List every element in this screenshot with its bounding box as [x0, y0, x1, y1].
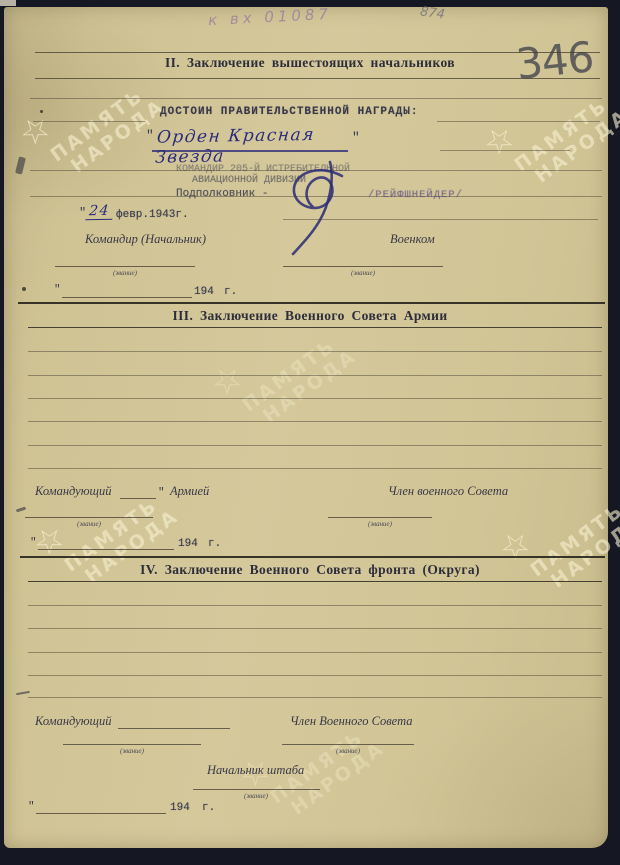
rank-hint: (звание): [318, 747, 378, 755]
quote-mark: ": [28, 801, 35, 813]
section4-title: IV. Заключение Военного Совета фронта (О…: [0, 562, 620, 578]
scan-edge-artifact: [0, 0, 16, 6]
rule-line: [437, 121, 600, 122]
chief-of-staff-label: Начальник штаба: [207, 763, 304, 778]
rank-signature-line: [63, 744, 201, 745]
rank-hint: (звание): [59, 520, 119, 528]
rule-line: [28, 628, 602, 629]
quote-mark: ": [54, 284, 61, 296]
rank-hint: (звание): [226, 792, 286, 800]
date-blank-line: [62, 297, 192, 298]
commander-rank-line: Подполковник -: [176, 188, 268, 200]
rule-line: [33, 121, 145, 122]
rank-signature-line: [193, 789, 320, 790]
army-label: Армией: [170, 484, 209, 499]
commissar-role-label: Военком: [390, 232, 435, 247]
army-commander-label: Командующий: [35, 484, 111, 499]
year-suffix: г.: [202, 802, 215, 814]
section3-title: III. Заключение Военного Совета Армии: [0, 308, 620, 324]
rule-line: [28, 375, 602, 376]
rank-hint: (звание): [102, 747, 162, 755]
front-commander-label: Командующий: [35, 714, 111, 729]
rule-line: [28, 605, 602, 606]
year-suffix: г.: [224, 286, 237, 298]
rule-line: [28, 327, 602, 328]
rule-line: [28, 398, 602, 399]
date-blank-line: [38, 549, 174, 550]
rule-line: [35, 78, 600, 79]
military-council-member-label: Член военного Совета: [388, 484, 508, 499]
rank-signature-line: [283, 266, 443, 267]
date-typed: февр.1943г.: [116, 209, 189, 221]
date-day-handwritten: 24: [85, 203, 113, 220]
rank-signature-line: [25, 517, 153, 518]
rank-hint: (звание): [350, 520, 410, 528]
rank-signature-line: [55, 266, 195, 267]
rank-hint: (звание): [95, 269, 155, 277]
paper-speck: [40, 110, 43, 113]
rule-line: [28, 581, 602, 582]
quote-mark: ": [30, 537, 37, 549]
year-blank: 194: [170, 802, 190, 814]
military-council-member-label: Член Военного Совета: [290, 714, 413, 729]
rule-line: [28, 351, 602, 352]
commander-role-label: Командир (Начальник): [85, 232, 206, 247]
scanned-document-page: ☆ ПАМЯТЬ НАРОДА ☆ ПАМЯТЬ НАРОДА ☆ ПАМЯТЬ…: [0, 0, 620, 865]
date-blank-line: [36, 813, 166, 814]
rank-signature-line: [282, 744, 414, 745]
year-suffix: г.: [208, 538, 221, 550]
section-divider: [18, 302, 605, 304]
punch-hole-mark: [22, 287, 26, 291]
rule-line: [28, 697, 602, 698]
rule-line: [28, 652, 602, 653]
rule-line: [28, 675, 602, 676]
section-divider: [20, 556, 605, 558]
rule-line: [283, 219, 598, 220]
worthy-of-award-heading: ДОСТОИН ПРАВИТЕЛЬСТВЕННОЙ НАГРАДЫ:: [160, 106, 418, 118]
rule-line: [35, 52, 600, 53]
rank-hint: (звание): [333, 269, 393, 277]
rule-line: [30, 98, 602, 99]
army-number-blank: [120, 498, 156, 499]
rule-line: [440, 150, 570, 151]
award-underline: Орден Красная Звезда: [152, 124, 348, 152]
rule-line: [28, 445, 602, 446]
section2-title: II. Заключение вышестоящих начальников: [0, 55, 620, 71]
quote-mark: ": [352, 130, 360, 145]
commander-signature: [280, 160, 362, 256]
year-blank: 194: [178, 538, 198, 550]
rank-signature-line: [328, 517, 432, 518]
rule-line: [28, 421, 602, 422]
quote-mark: ": [158, 487, 165, 499]
commander-surname: /РЕЙФШНЕЙДЕР/: [368, 189, 463, 201]
rule-line: [28, 468, 602, 469]
year-blank: 194: [194, 286, 214, 298]
commander-name-blank: [118, 728, 230, 729]
